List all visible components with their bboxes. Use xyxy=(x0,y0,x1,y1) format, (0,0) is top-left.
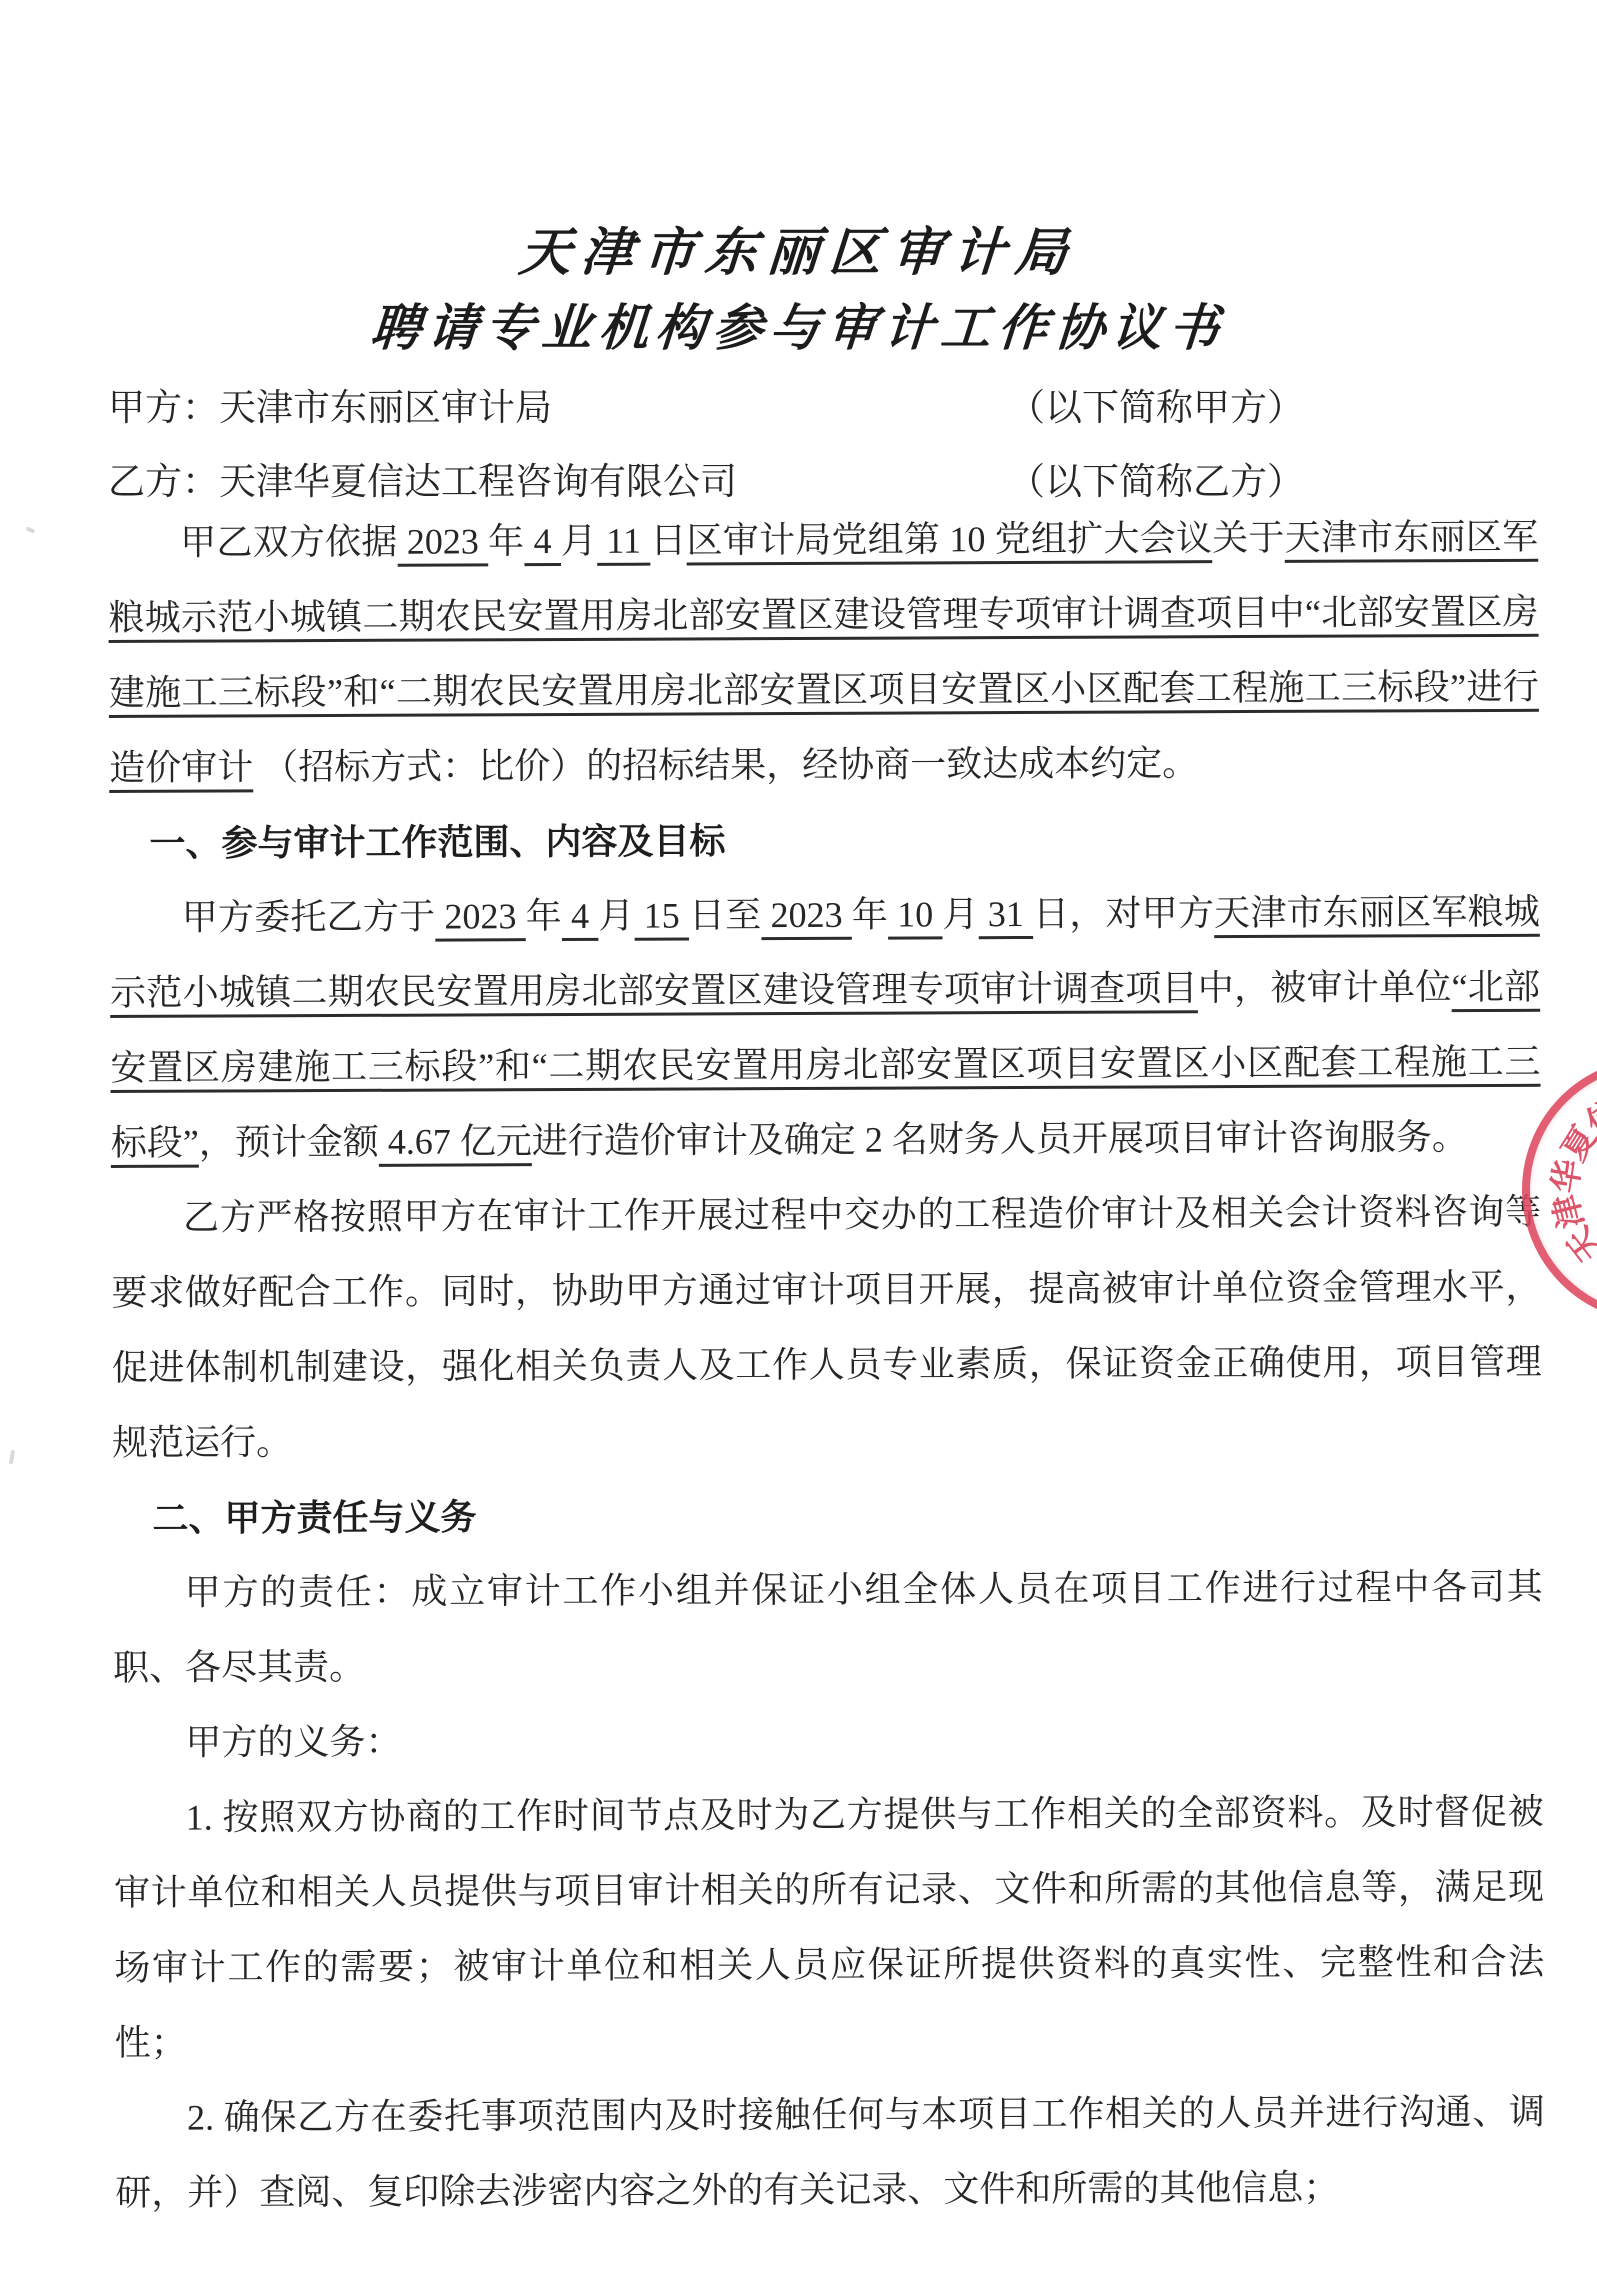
party-row-jiafang: 甲方：天津市东丽区审计局 （以下简称甲方） xyxy=(108,372,1538,446)
text-segment: 一、参与审计工作范围、内容及目标 xyxy=(149,820,725,864)
section-heading: 一、参与审计工作范围、内容及目标 xyxy=(109,800,1539,881)
paragraph: 1. 按照双方协商的工作时间节点及时为乙方提供与工作相关的全部资料。及时督促被审… xyxy=(114,1775,1545,2081)
underlined-text-segment: 2023 xyxy=(398,521,489,561)
text-segment: 月 xyxy=(561,521,597,561)
text-segment: 1. 按照双方协商的工作时间节点及时为乙方提供与工作相关的全部资料。及时督促被审… xyxy=(114,1792,1544,2063)
underlined-text-segment: 2023 xyxy=(435,896,526,936)
party-b-name: 天津华夏信达工程咨询有限公司 xyxy=(219,462,737,503)
text-segment: 日，对甲方 xyxy=(1033,893,1214,934)
party-a-name: 天津市东丽区审计局 xyxy=(219,388,552,429)
scan-artifact xyxy=(9,1450,15,1464)
scan-artifact xyxy=(26,526,36,533)
document-title-line2: 聘请专业机构参与审计工作协议书 xyxy=(0,288,1597,360)
text-segment: 日 xyxy=(650,520,686,560)
paragraph: 甲方的义务： xyxy=(113,1700,1543,1781)
text-segment: 甲方委托乙方于 xyxy=(182,897,436,938)
underlined-text-segment: 4.67 亿元 xyxy=(379,1121,532,1162)
text-segment: 进行造价审计及确定 2 名财务人员开展项目审计咨询服务。 xyxy=(532,1117,1468,1161)
text-segment: 日至 xyxy=(689,895,762,935)
text-segment: 月 xyxy=(598,896,634,936)
seal-character: 华 xyxy=(1548,1157,1587,1196)
underlined-text-segment: 15 xyxy=(634,895,689,935)
party-b-label: 乙方： xyxy=(108,462,219,503)
text-segment: 甲方的责任：成立审计工作小组并保证小组全体人员在项目工作进行过程中各司其职、各尽… xyxy=(113,1567,1543,1688)
party-a-label: 甲方： xyxy=(108,388,219,429)
text-segment: 甲乙双方依据 xyxy=(180,522,398,563)
text-segment: 2. 确保乙方在委托事项范围内及时接触任何与本项目工作相关的人员并进行沟通、调研… xyxy=(115,2092,1545,2213)
paragraph: 甲乙双方依据 2023 年 4 月 11 日区审计局党组第 10 党组扩大会议关… xyxy=(108,500,1539,806)
seal-character: 天 xyxy=(1561,1220,1597,1268)
seal-character: 信 xyxy=(1580,1094,1597,1141)
text-segment: （招标方式：比价）的招标结果，经协商一致达成本约定。 xyxy=(253,743,1198,787)
text-segment: ，预计金额 xyxy=(199,1122,379,1163)
underlined-text-segment: 4 xyxy=(524,521,561,561)
party-a-alias: （以下简称甲方） xyxy=(1008,372,1304,446)
underlined-text-segment: 11 xyxy=(597,521,650,561)
section-heading: 二、甲方责任与义务 xyxy=(112,1475,1542,1556)
text-segment: 年 xyxy=(852,895,888,935)
seal-character: 津 xyxy=(1548,1191,1589,1232)
paragraph: 甲方的责任：成立审计工作小组并保证小组全体人员在项目工作进行过程中各司其职、各尽… xyxy=(113,1550,1544,1706)
underlined-text-segment: 2023 xyxy=(761,895,852,935)
underlined-text-segment: 4 xyxy=(562,896,599,936)
text-segment: 年 xyxy=(526,896,562,936)
text-segment: 年 xyxy=(488,521,524,561)
underlined-text-segment: 区审计局党组第 10 党组扩大会议 xyxy=(686,518,1212,560)
text-segment: 二、甲方责任与义务 xyxy=(152,1496,476,1538)
scanned-agreement-page: 天津市东丽区审计局 聘请专业机构参与审计工作协议书 甲方：天津市东丽区审计局 （… xyxy=(0,0,1597,2283)
party-b-main: 乙方：天津华夏信达工程咨询有限公司 xyxy=(108,462,737,503)
text-segment: 甲方的义务： xyxy=(185,1722,401,1763)
text-segment: 关于 xyxy=(1212,518,1285,558)
paragraph: 甲方委托乙方于 2023 年 4 月 15 日至 2023 年 10 月 31 … xyxy=(110,875,1541,1181)
paragraph: 乙方严格按照甲方在审计工作开展过程中交办的工程造价审计及相关会计资料咨询等要求做… xyxy=(111,1175,1542,1481)
text-segment: 月 xyxy=(942,894,978,934)
seal-character: 夏 xyxy=(1556,1120,1597,1167)
paragraph: 2. 确保乙方在委托事项范围内及时接触任何与本项目工作相关的人员并进行沟通、调研… xyxy=(115,2075,1546,2231)
text-segment: 乙方严格按照甲方在审计工作开展过程中交办的工程造价审计及相关会计资料咨询等要求做… xyxy=(111,1192,1541,1463)
underlined-text-segment: 10 xyxy=(888,894,943,934)
parties-block: 甲方：天津市东丽区审计局 （以下简称甲方） 乙方：天津华夏信达工程咨询有限公司 … xyxy=(108,372,1538,520)
underlined-text-segment: 31 xyxy=(979,894,1034,934)
document-body: 甲乙双方依据 2023 年 4 月 11 日区审计局党组第 10 党组扩大会议关… xyxy=(108,500,1546,2231)
party-a-main: 甲方：天津市东丽区审计局 xyxy=(108,388,552,429)
text-segment: 中，被审计单位 xyxy=(1198,967,1452,1008)
document-title-line1: 天津市东丽区审计局 xyxy=(0,210,1597,285)
